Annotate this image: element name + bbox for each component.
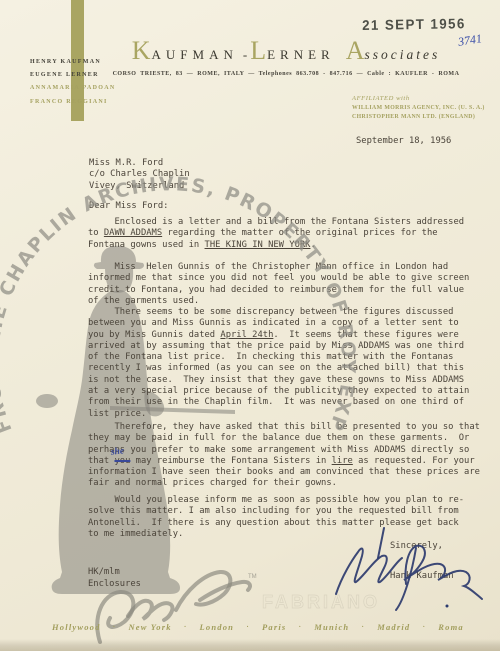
footer-separator: · <box>113 623 116 631</box>
trademark-symbol: TM <box>248 574 257 580</box>
brand-separator: - <box>243 47 247 63</box>
paragraph-1: Enclosed is a letter and a bill from the… <box>88 217 488 251</box>
paragraph-2: Miss Helen Gunnis of the Christopher Man… <box>88 262 488 307</box>
footer-city: Munich <box>314 622 349 632</box>
brand-kaufman: AUFMAN <box>152 47 238 63</box>
underlined-name-dawn-addams: DAWN ADDAMS <box>104 228 162 238</box>
paragraph-5: Would you please inform me as soon as po… <box>88 495 488 540</box>
handwritten-reference-number: 3741 <box>457 31 483 50</box>
footer-separator: · <box>362 623 365 631</box>
affiliate-line: CHRISTOPHER MANN LTD. (ENGLAND) <box>352 113 485 122</box>
footer-separator: · <box>423 623 426 631</box>
company-name: K AUFMAN - L ERNER A ssociates <box>112 38 460 64</box>
paragraph-text: . It seems that these figures were arriv… <box>88 330 469 419</box>
footer-city: London <box>200 622 235 632</box>
brand-initial-l: L <box>250 38 266 64</box>
letterhead-address-line: CORSO TRIESTE, 83 — ROME, ITALY — Teleph… <box>100 71 472 77</box>
paragraph-4: Therefore, they have asked that this bil… <box>88 422 488 490</box>
letter-date: September 18, 1956 <box>356 136 451 147</box>
partner-names-block: HENRY KAUFMAN EUGENE LERNER ANNAMARIA PA… <box>30 56 116 109</box>
partner-name: HENRY KAUFMAN <box>30 56 116 69</box>
underlined-date: April 24th <box>220 330 273 340</box>
footer-city: New York <box>128 622 171 632</box>
brand-initial-k: K <box>132 38 151 64</box>
handwritten-correction: she <box>111 446 125 459</box>
crossed-out-word: youshe <box>114 456 130 466</box>
brand-initial-a: A <box>346 38 365 64</box>
affiliated-block: AFFILIATED with WILLIAM MORRIS AGENCY, I… <box>352 95 485 121</box>
recipient-line: Vivey, Switzerland <box>89 181 190 192</box>
affiliated-label: AFFILIATED with <box>352 95 485 102</box>
footer-city: Madrid <box>377 622 410 632</box>
footer-city: Paris <box>262 622 286 632</box>
footer-separator: · <box>247 623 250 631</box>
partner-name: FRANCO REGGIANI <box>30 96 116 109</box>
typed-signer-name: Hank Kaufman <box>390 571 454 582</box>
footer-cities: Hollywood · New York · London · Paris · … <box>52 622 464 632</box>
footer-city: Hollywood <box>52 622 101 632</box>
paragraph-3: There seems to be some discrepancy betwe… <box>88 307 488 420</box>
footer-separator: · <box>184 623 187 631</box>
fabriano-paper-watermark: FABRIANO <box>262 592 380 612</box>
reference-initials: HK/mlm <box>88 567 120 578</box>
salutation: Dear Miss Ford: <box>89 201 168 212</box>
closing: Sincerely, <box>390 541 443 552</box>
partner-name: ANNAMARIA PADOAN <box>30 82 116 95</box>
underlined-word-lire: lire <box>332 456 353 466</box>
received-date-stamp: 21 SEPT 1956 <box>362 15 466 33</box>
enclosures-note: Enclosures <box>88 579 141 590</box>
scan-edge-shadow <box>0 639 500 651</box>
paragraph-text: may reimburse the Fontana Sisters in <box>130 456 331 466</box>
brand-associates: ssociates <box>365 47 441 63</box>
paragraph-text: . <box>310 240 315 250</box>
underlined-film-title: THE KING IN NEW YORK <box>205 240 311 250</box>
recipient-address: Miss M.R. Ford c/o Charles Chaplin Vivey… <box>89 158 190 192</box>
footer-separator: · <box>299 623 302 631</box>
brand-lerner: ERNER <box>267 47 335 63</box>
affiliate-line: WILLIAM MORRIS AGENCY, INC. (U. S. A.) <box>352 104 485 113</box>
recipient-line: Miss M.R. Ford <box>89 158 190 169</box>
recipient-line: c/o Charles Chaplin <box>89 169 190 180</box>
scanned-letter-page: 21 SEPT 1956 3741 HENRY KAUFMAN EUGENE L… <box>0 0 500 651</box>
footer-city: Roma <box>438 622 464 632</box>
